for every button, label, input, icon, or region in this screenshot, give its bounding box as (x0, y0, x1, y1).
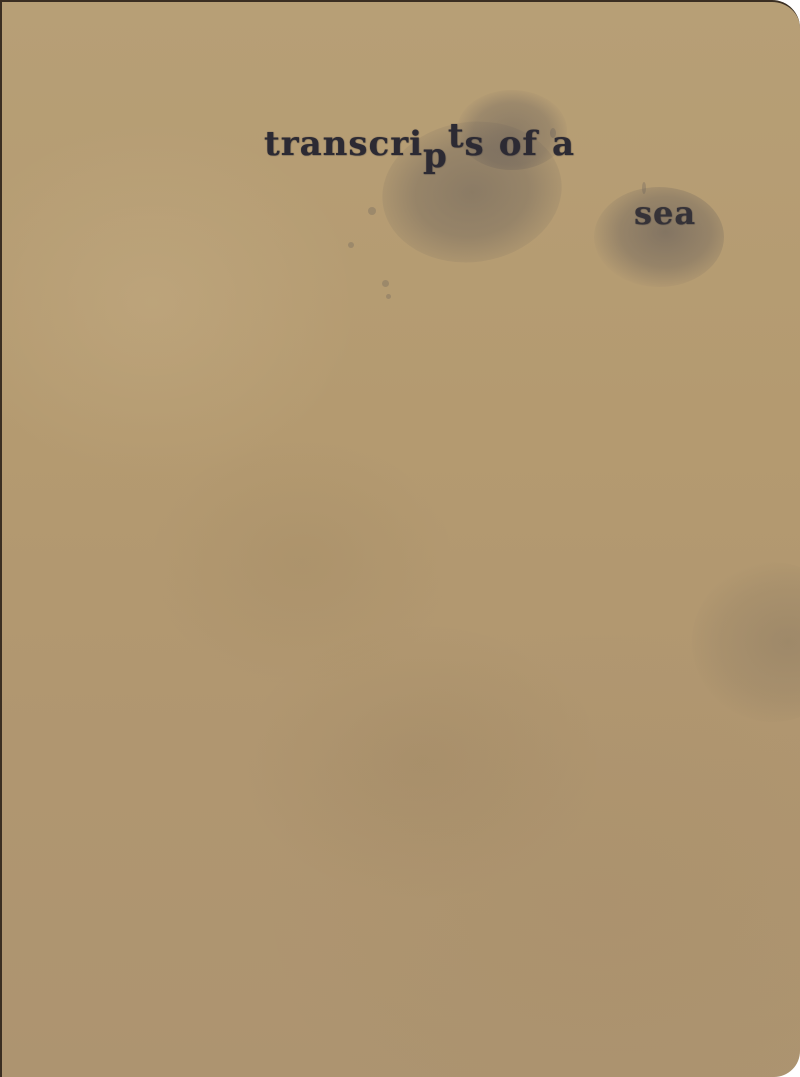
title-fragment: s (465, 124, 485, 164)
ink-drop (642, 182, 646, 194)
ink-drop (368, 207, 376, 215)
title-fragment: t (448, 116, 465, 156)
title-word: of (499, 124, 538, 164)
ink-drop (382, 280, 389, 287)
title-word: a (552, 124, 575, 164)
title-fragment: p (423, 136, 448, 176)
title-fragment: transcri (264, 124, 423, 164)
title-line-1: transcriptsofa (264, 124, 575, 164)
ink-drop (348, 242, 354, 248)
title-line-2: sea (634, 194, 696, 232)
ink-drop (386, 294, 391, 299)
book-cover: transcriptsofa sea (0, 0, 800, 1077)
ink-stain (692, 562, 800, 722)
